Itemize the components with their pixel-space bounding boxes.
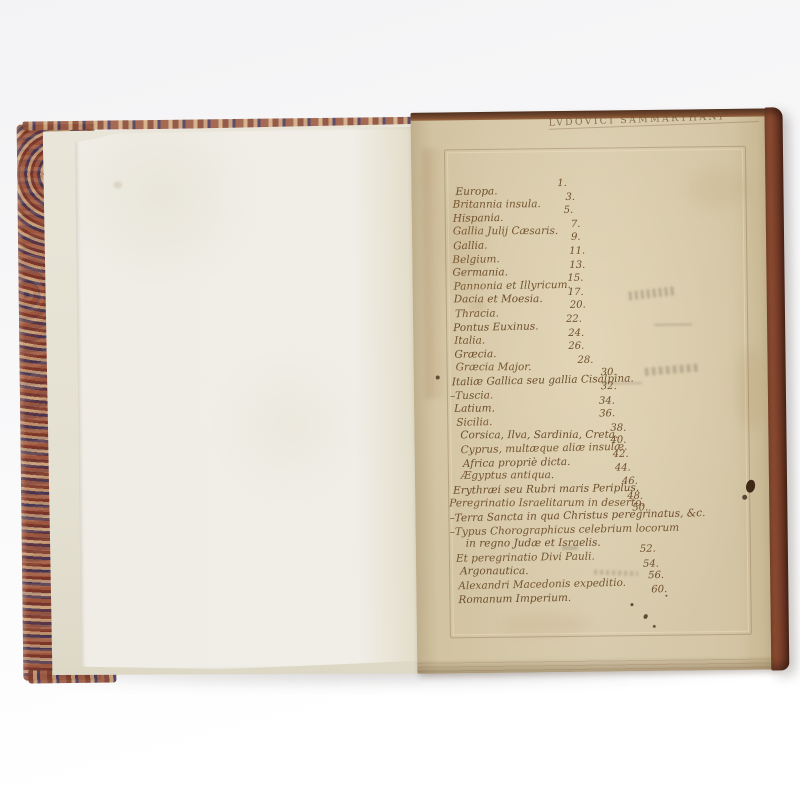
index-page-number: 42. [613, 449, 629, 460]
index-page-number: 24. [568, 327, 584, 338]
index-page-number: 48. [627, 490, 643, 501]
index-page-number: 54. [643, 558, 659, 569]
index-page-number: 52. [640, 544, 656, 555]
photo-backdrop: LVDOVICI SAMMARTHANI Europa. 1. Britanni… [0, 0, 800, 800]
index-page-number: 22. [566, 314, 582, 325]
index-page-number: 5. [564, 205, 574, 216]
index-page-number: 50. [632, 503, 648, 514]
index-page-number: 28. [578, 355, 594, 366]
index-page-number: 40. [610, 435, 626, 446]
index-page-number: 3. [566, 191, 576, 202]
index-page: LVDOVICI SAMMARTHANI Europa. 1. Britanni… [410, 108, 779, 673]
index-page-number: 32. [601, 381, 617, 392]
index-page-number: 15. [567, 273, 583, 284]
ink-speck [630, 603, 633, 606]
index-page-number: 9. [571, 232, 581, 243]
book: LVDOVICI SAMMARTHANI Europa. 1. Britanni… [0, 0, 800, 800]
index-page-number: 36. [599, 408, 615, 419]
index-page-number: 20. [570, 300, 586, 311]
index-page-number: 7. [571, 219, 581, 230]
flyleaf-top [75, 127, 436, 671]
index-page-number: 60. [651, 584, 667, 595]
index-page-number: 26. [568, 341, 584, 352]
index-page-number: 13. [569, 259, 585, 270]
index-list: Europa. 1. Britannia insula. 3. Hispania… [445, 177, 688, 601]
index-page-number: 46. [622, 476, 638, 487]
index-page-number: 38. [610, 422, 626, 433]
index-page-number: 1. [557, 178, 567, 189]
index-title: Romanum Imperium. [450, 592, 571, 606]
index-page-number: 17. [568, 287, 584, 298]
index-page-number: 11. [569, 246, 585, 257]
index-page-number: 34. [599, 395, 615, 406]
ink-speck [653, 625, 656, 628]
ink-blot [436, 376, 440, 380]
flyleaf-stain [113, 181, 122, 188]
index-page-number: 44. [615, 463, 631, 474]
ink-blot [742, 495, 747, 500]
ink-speck [665, 595, 667, 597]
index-page-number: 30. [601, 367, 617, 378]
index-page-number: 56. [648, 570, 664, 581]
